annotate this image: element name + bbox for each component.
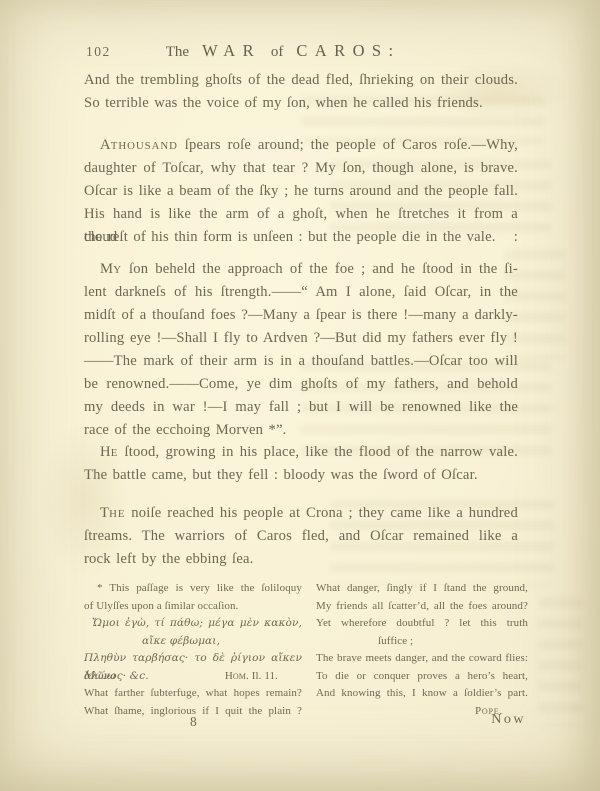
running-title-caros: CAROS: [296,41,400,60]
paragraph-5: The noiſe reached his people at Crona ; … [84,502,518,571]
paragraph-4: He ſtood, growing in his place, like the… [84,441,518,487]
greek-quote-line: αἴκε φέβωμαι, [84,633,302,651]
text-line: be renowned.——Come, ye dim ghoſts of my … [84,373,518,396]
running-title: The WAR of CAROS: [84,41,518,61]
citation: Hom. Il. 11. [225,668,278,686]
page-showthrough [538,598,583,726]
footnote-line: The brave meets danger, and the coward f… [316,650,528,668]
text-line: His hand is like the arm of a ghoſt, whe… [84,203,518,226]
opening-smallcaps: he [109,508,125,520]
footnote-line: My friends all ſcatter’d, all the foes a… [316,598,528,616]
citation-ref: Il. 11. [249,670,278,682]
text-line: rock left by the ebbing ſea. [84,548,518,571]
text-line: He ſtood, growing in his place, like the… [84,441,518,464]
homer-citation: Μῶνος· &c. Hom. Il. 11. [84,668,302,686]
paragraph-2: Athousand ſpears roſe around; the people… [84,134,518,249]
text-line: my deeds in war !—I may fall ; but I wil… [84,396,518,419]
text-line: race of the ecchoing Morven *”. [84,419,518,442]
running-title-the: The [166,44,189,60]
footnote-line: And knowing this, I know a ſoldier’s par… [316,685,528,703]
catchword: Now [491,712,526,728]
line-text: noiſe reached his people at Crona ; they… [125,505,518,521]
text-line: rolling eye !—Shall I fly to Ardven ?—Bu… [84,327,518,350]
text-line: The noiſe reached his people at Crona ; … [84,502,518,525]
citation-author: Hom. [225,670,249,682]
footnote-line: Yet wherefore doubtful ? let this truth [316,615,528,633]
footnote-line: * This paſſage is very like the ſoliloqu… [84,580,302,598]
opening-smallcaps: thousand [111,140,178,152]
opening-smallcaps: y [113,264,122,276]
text-line: And the trembling ghoſts of the dead fle… [84,69,518,92]
text-line: My ſon beheld the approach of the foe ; … [84,258,518,281]
paragraph-1: And the trembling ghoſts of the dead fle… [84,69,518,115]
text-line: Oſcar is like a beam of the ſky ; he tur… [84,180,518,203]
text-line: ſtreams. The warriors of Caros fled, and… [84,525,518,548]
footnote-line: What danger, ſingly if I ſtand the groun… [316,580,528,598]
footnote-line: To die or conquer proves a hero’s heart, [316,668,528,686]
paragraph-3: My ſon beheld the approach of the foe ; … [84,258,518,442]
opening-cap: H [100,444,111,460]
text-line: the reſt of his thin form is unſeen : bu… [84,226,518,249]
text-line: midſt of a thouſand foes ?—Many a ſpear … [84,304,518,327]
book-page: 102 The WAR of CAROS: And the trembling … [0,0,600,791]
opening-cap: A [100,137,111,153]
text-line: So terrible was the voice of my ſon, whe… [84,92,518,115]
footnote-line: ſuffice ; [316,633,528,651]
text-line: The battle came, but they fell : bloody … [84,464,518,487]
text-line: daughter of Toſcar, why that tear ? My ſ… [84,157,518,180]
footnote-line: of Ulyſſes upon a ſimilar occaſion. [84,598,302,616]
line-text: ſon beheld the approach of the foe ; and… [122,261,518,277]
running-title-of: of [271,44,284,60]
opening-cap: M [100,261,113,277]
greek-quote-line: Μῶνος· &c. [84,668,149,686]
opening-cap: T [100,505,109,521]
line-text: ſpears roſe around; the people of Caros … [178,137,518,153]
running-title-war: WAR [202,41,261,60]
text-line: lent darkneſs of his ſtrength.——“ Am I a… [84,281,518,304]
signature-mark: 8 [190,714,197,730]
footnote-left-column: * This paſſage is very like the ſoliloqu… [84,580,302,720]
text-line: ——The mark of their arm is in a thouſand… [84,350,518,373]
footnote-line: What farther ſubterfuge, what hopes rema… [84,685,302,703]
text-line: Athousand ſpears roſe around; the people… [84,134,518,157]
greek-quote-line: Ὤμοι ἐγὼ, τί πάθω; μέγα μὲν κακὸν, [84,615,302,633]
footnote-right-column: What danger, ſingly if I ſtand the groun… [316,580,528,720]
greek-quote-line: Πληθὺν ταρβήσας· το δὲ ῥίγιον αἴκεν ἁλώω [84,650,302,668]
line-text: ſtood, growing in his place, like the fl… [118,444,518,460]
line-text: And the trembling ghoſts of the dead fle… [84,72,518,88]
